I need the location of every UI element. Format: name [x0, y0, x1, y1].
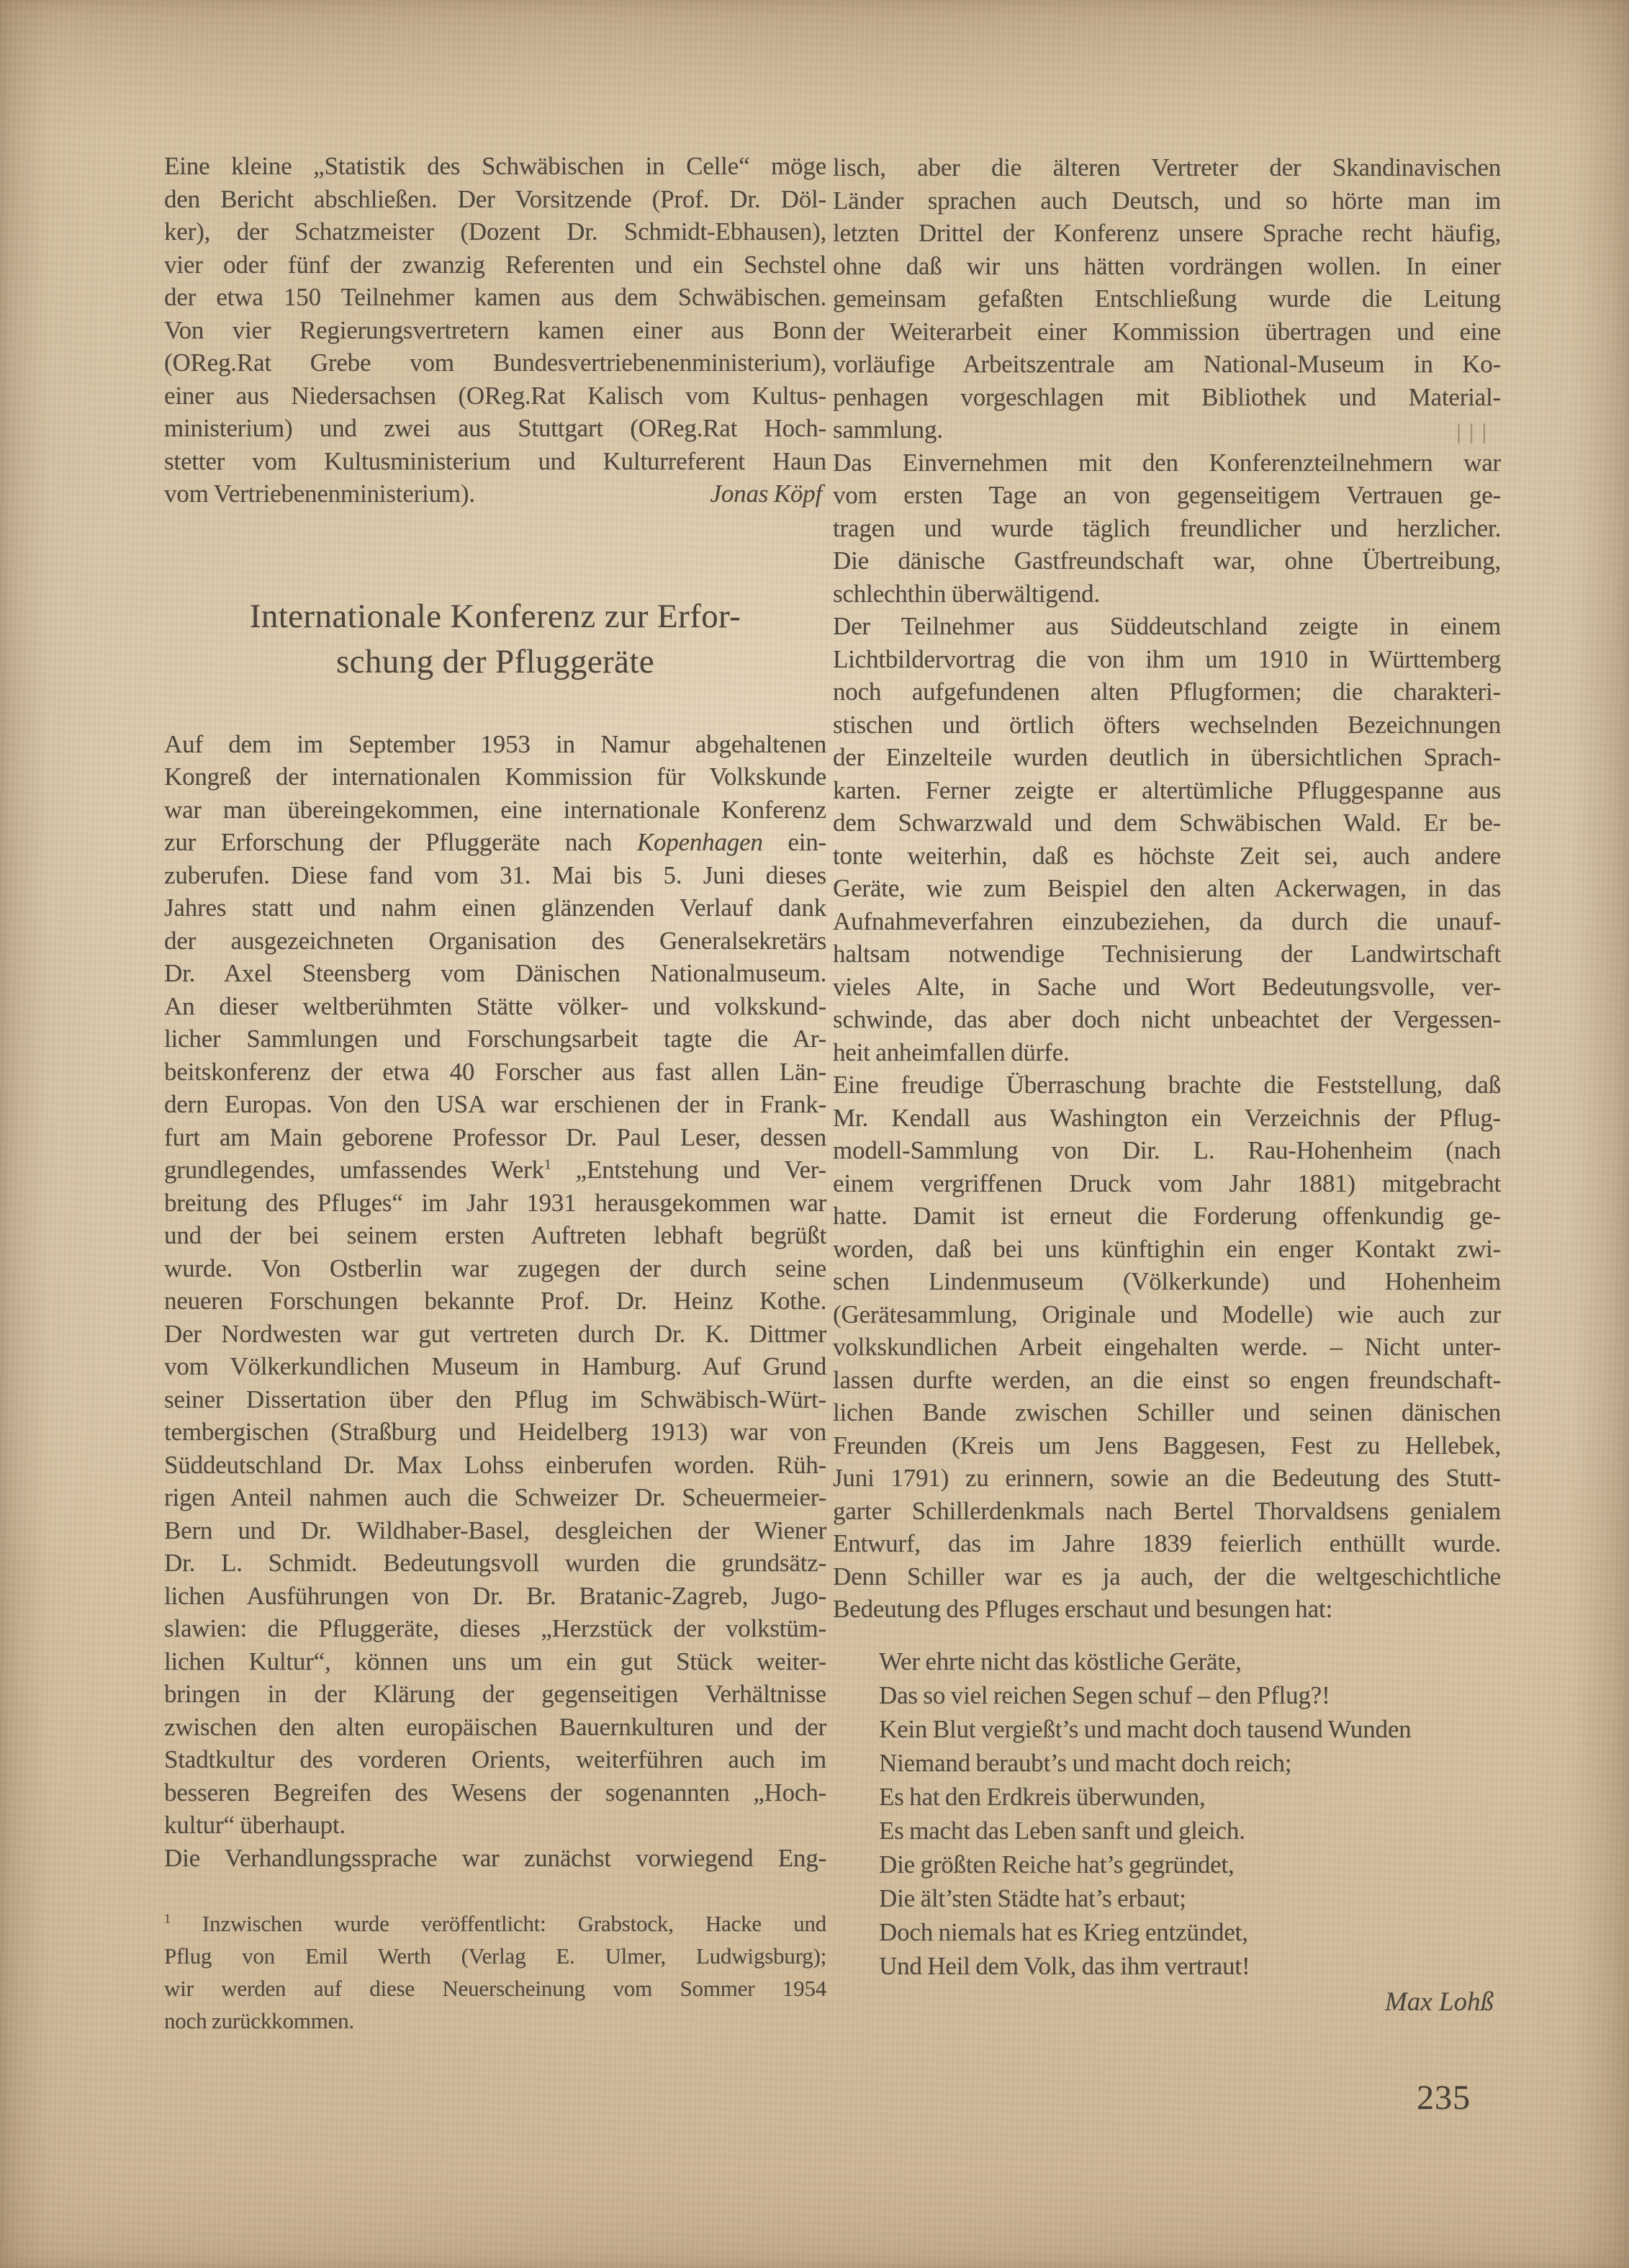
text-line: worden, daß bei uns künftighin ein enger…	[833, 1233, 1501, 1266]
text-line: Die größten Reiche hat’s gegründet,	[879, 1848, 1501, 1881]
text-line: modell-Sammlung von Dir. L. Rau-Hohenhei…	[833, 1134, 1501, 1167]
text-line: dem Schwarzwald und dem Schwäbischen Wal…	[833, 806, 1501, 840]
text-line: Pflug von Emil Werth (Verlag E. Ulmer, L…	[164, 1940, 826, 1972]
text-line: Denn Schiller war es ja auch, der die we…	[833, 1560, 1501, 1593]
text-line: seiner Dissertation über den Pflug im Sc…	[164, 1383, 826, 1416]
text-line: vom Vertriebenenministerium).Jonas Köpf	[164, 477, 826, 510]
text-line: volkskundlichen Arbeit eingehalten werde…	[833, 1331, 1501, 1364]
paragraph-kendall-schiller: Eine freudige Überraschung brachte die F…	[833, 1068, 1501, 1626]
text-line: Doch niemals hat es Krieg entzündet,	[879, 1915, 1501, 1949]
text-line: Dr. L. Schmidt. Bedeutungsvoll wurden di…	[164, 1547, 826, 1580]
text-line: vieles Alte, in Sache und Wort Bedeutung…	[833, 971, 1501, 1004]
text-line: vier oder fünf der zwanzig Referenten un…	[164, 248, 826, 282]
text-line: lassen durfte werden, an die einst so en…	[833, 1364, 1501, 1397]
text-line: Auf dem im September 1953 in Namur abgeh…	[164, 728, 826, 761]
text-line: schlechthin überwältigend.	[833, 577, 1501, 611]
text-line: Stadtkultur des vorderen Orients, weiter…	[164, 1743, 826, 1776]
text-line: Geräte, wie zum Beispiel den alten Acker…	[833, 872, 1501, 905]
text-line: Eine freudige Überraschung brachte die F…	[833, 1068, 1501, 1102]
text-line: Freunden (Kreis um Jens Baggesen, Fest z…	[833, 1429, 1501, 1462]
text-line: (OReg.Rat Grebe vom Bundesvertriebenenmi…	[164, 346, 826, 379]
text-line: ohne daß wir uns hätten vordrängen wolle…	[833, 250, 1501, 283]
text-line: Lichtbildervortrag die von ihm um 1910 i…	[833, 643, 1501, 676]
text-line: lisch, aber die älteren Vertreter der Sk…	[833, 151, 1501, 184]
text-line: lichen Ausführungen von Dr. Br. Bratanic…	[164, 1580, 826, 1613]
text-line: tonte weiterhin, daß es höchste Zeit sei…	[833, 840, 1501, 873]
schiller-poem: Wer ehrte nicht das köstliche Geräte,Das…	[879, 1644, 1501, 1983]
text-line: Niemand beraubt’s und macht doch reich;	[879, 1746, 1501, 1780]
text-line: Dr. Axel Steensberg vom Dänischen Nation…	[164, 957, 826, 990]
text-line: kultur“ überhaupt.	[164, 1809, 826, 1842]
text-line: Das Einvernehmen mit den Konferenzteilne…	[833, 446, 1501, 480]
text-line: schung der Pfluggeräte	[164, 639, 826, 685]
text-line: vom ersten Tage an von gegenseitigem Ver…	[833, 479, 1501, 512]
text-line: Aufnahmeverfahren einzubeziehen, da durc…	[833, 905, 1501, 938]
text-line: Die dänische Gastfreundschaft war, ohne …	[833, 544, 1501, 577]
text-line: noch zurückkommen.	[164, 2004, 826, 2037]
text-line: Jahres statt und nahm einen glänzenden V…	[164, 891, 826, 924]
text-line: Das so viel reichen Segen schuf – den Pf…	[879, 1678, 1501, 1712]
text-line: und der bei seinem ersten Auftreten lebh…	[164, 1219, 826, 1252]
text-line: Juni 1791) zu erinnern, sowie an die Bed…	[833, 1462, 1501, 1495]
text-line: tembergischen (Straßburg und Heidelberg …	[164, 1416, 826, 1449]
text-line: slawien: die Pfluggeräte, dieses „Herzst…	[164, 1612, 826, 1645]
paragraph-celle-report: Eine kleine „Statistik des Schwäbischen …	[164, 150, 826, 510]
text-line: beitskonferenz der etwa 40 Forscher aus …	[164, 1056, 826, 1089]
text-line: heit anheimfallen dürfe.	[833, 1036, 1501, 1069]
right-column: lisch, aber die älteren Vertreter der Sk…	[833, 151, 1501, 2019]
text-line: noch aufgefundenen alten Pflugformen; di…	[833, 675, 1501, 708]
text-line: hatte. Damit ist erneut die Forderung of…	[833, 1200, 1501, 1233]
text-line: Die ält’sten Städte hat’s erbaut;	[879, 1881, 1501, 1915]
text-line: Entwurf, das im Jahre 1839 feierlich ent…	[833, 1527, 1501, 1560]
text-line: dern Europas. Von den USA war erschienen…	[164, 1088, 826, 1121]
text-line: neueren Forschungen bekannte Prof. Dr. H…	[164, 1284, 826, 1318]
paragraph-conference-main: Auf dem im September 1953 in Namur abgeh…	[164, 728, 826, 1842]
text-line: wurde. Von Ostberlin war zugegen der dur…	[164, 1252, 826, 1285]
text-line: Süddeutschland Dr. Max Lohss einberufen …	[164, 1449, 826, 1482]
text-line: der ausgezeichneten Organisation des Gen…	[164, 924, 826, 958]
text-line: zur Erforschung der Pfluggeräte nach Kop…	[164, 826, 826, 859]
text-line: licher Sammlungen und Forschungsarbeit t…	[164, 1022, 826, 1056]
page-number: 235	[1417, 2078, 1503, 2118]
text-line: wir werden auf diese Neuerscheinung vom …	[164, 1972, 826, 2004]
text-line: der Weiterarbeit einer Kommission übertr…	[833, 315, 1501, 348]
text-line: der etwa 150 Teilnehmer kamen aus dem Sc…	[164, 281, 826, 314]
text-line: schwinde, das aber doch nicht unbeachtet…	[833, 1003, 1501, 1036]
text-line: war man übereingekommen, eine internatio…	[164, 793, 826, 827]
text-line: letzten Drittel der Konferenz unsere Spr…	[833, 217, 1501, 250]
text-line: Es hat den Erdkreis überwunden,	[879, 1780, 1501, 1814]
text-line: Kein Blut vergießt’s und macht doch taus…	[879, 1712, 1501, 1746]
text-line: einer aus Niedersachsen (OReg.Rat Kalisc…	[164, 379, 826, 413]
text-line: besseren Begreifen des Wesens der sogena…	[164, 1776, 826, 1809]
text-line: penhagen vorgeschlagen mit Bibliothek un…	[833, 381, 1501, 414]
paragraph-language-continued: lisch, aber die älteren Vertreter der Sk…	[833, 151, 1501, 446]
text-line: Kongreß der internationalen Kommission f…	[164, 760, 826, 793]
footnote: 1 Inzwischen wurde veröffentlicht: Grabs…	[164, 1907, 826, 2037]
text-line: tragen und wurde täglich freundlicher un…	[833, 512, 1501, 545]
text-line: An dieser weltberühmten Stätte völker- u…	[164, 990, 826, 1023]
text-line: 1 Inzwischen wurde veröffentlicht: Grabs…	[164, 1907, 826, 1940]
text-line: haltsam notwendige Technisierung der Lan…	[833, 937, 1501, 971]
text-line: bringen in der Klärung der gegenseitigen…	[164, 1678, 826, 1711]
text-line: (Gerätesammlung, Originale und Modelle) …	[833, 1298, 1501, 1331]
text-line: ministerium) und zwei aus Stuttgart (ORe…	[164, 412, 826, 445]
text-line: Von vier Regierungsvertretern kamen eine…	[164, 314, 826, 347]
left-column: Eine kleine „Statistik des Schwäbischen …	[164, 150, 826, 2037]
text-line: stischen und örtlich öfters wechselnden …	[833, 708, 1501, 742]
text-line: garter Schillerdenkmals nach Bertel Thor…	[833, 1495, 1501, 1528]
text-line: zwischen den alten europäischen Bauernku…	[164, 1711, 826, 1744]
paragraph-language-start: Die Verhandlungssprache war zunächst vor…	[164, 1842, 826, 1875]
text-line: breitung des Pfluges“ im Jahr 1931 herau…	[164, 1187, 826, 1220]
text-line: sammlung.	[833, 413, 1501, 446]
print-artifact-marks: ∣∣∣	[1456, 422, 1494, 447]
text-line: furt am Main geborene Professor Dr. Paul…	[164, 1121, 826, 1154]
text-line: Es macht das Leben sanft und gleich.	[879, 1814, 1501, 1848]
text-line: zuberufen. Diese fand vom 31. Mai bis 5.…	[164, 859, 826, 892]
paragraph-einvernehmen: Das Einvernehmen mit den Konferenzteilne…	[833, 446, 1501, 611]
text-line: Der Nordwesten war gut vertreten durch D…	[164, 1318, 826, 1351]
text-line: Mr. Kendall aus Washington ein Verzeichn…	[833, 1102, 1501, 1135]
text-line: gemeinsam gefaßten Entschließung wurde d…	[833, 282, 1501, 315]
author-signature: Max Lohß	[833, 1986, 1501, 2019]
text-line: rigen Anteil nahmen auch die Schweizer D…	[164, 1481, 826, 1514]
scanned-journal-page: Eine kleine „Statistik des Schwäbischen …	[0, 0, 1629, 2268]
text-line: einem vergriffenen Druck vom Jahr 1881) …	[833, 1167, 1501, 1200]
text-line: Bern und Dr. Wildhaber-Basel, desgleiche…	[164, 1514, 826, 1547]
text-line: Eine kleine „Statistik des Schwäbischen …	[164, 150, 826, 183]
text-line: Bedeutung des Pfluges erschaut und besun…	[833, 1593, 1501, 1626]
text-line: Der Teilnehmer aus Süddeutschland zeigte…	[833, 610, 1501, 643]
paragraph-lichtbildervortrag: Der Teilnehmer aus Süddeutschland zeigte…	[833, 610, 1501, 1068]
text-line: Länder sprachen auch Deutsch, und so hör…	[833, 184, 1501, 217]
text-line: Wer ehrte nicht das köstliche Geräte,	[879, 1644, 1501, 1678]
text-line: lichen Kultur“, können uns um ein gut St…	[164, 1645, 826, 1678]
text-line: grundlegendes, umfassendes Werk1 „Entste…	[164, 1153, 826, 1187]
text-line: den Bericht abschließen. Der Vorsitzende…	[164, 183, 826, 216]
text-line: Internationale Konferenz zur Erfor-	[164, 594, 826, 639]
text-line: der Einzelteile wurden deutlich in übers…	[833, 741, 1501, 774]
text-line: ker), der Schatzmeister (Dozent Dr. Schm…	[164, 215, 826, 248]
text-line: karten. Ferner zeigte er altertümliche P…	[833, 774, 1501, 807]
text-line: vom Völkerkundlichen Museum in Hamburg. …	[164, 1350, 826, 1383]
article-heading: Internationale Konferenz zur Erfor-schun…	[164, 594, 826, 685]
text-line: stetter vom Kultusministerium und Kultur…	[164, 445, 826, 478]
text-line: vorläufige Arbeitszentrale am National-M…	[833, 348, 1501, 381]
text-line: Und Heil dem Volk, das ihm vertraut!	[879, 1949, 1501, 1983]
text-line: schen Lindenmuseum (Völkerkunde) und Hoh…	[833, 1265, 1501, 1298]
text-line: Die Verhandlungssprache war zunächst vor…	[164, 1842, 826, 1875]
text-line: lichen Bande zwischen Schiller und seine…	[833, 1396, 1501, 1429]
